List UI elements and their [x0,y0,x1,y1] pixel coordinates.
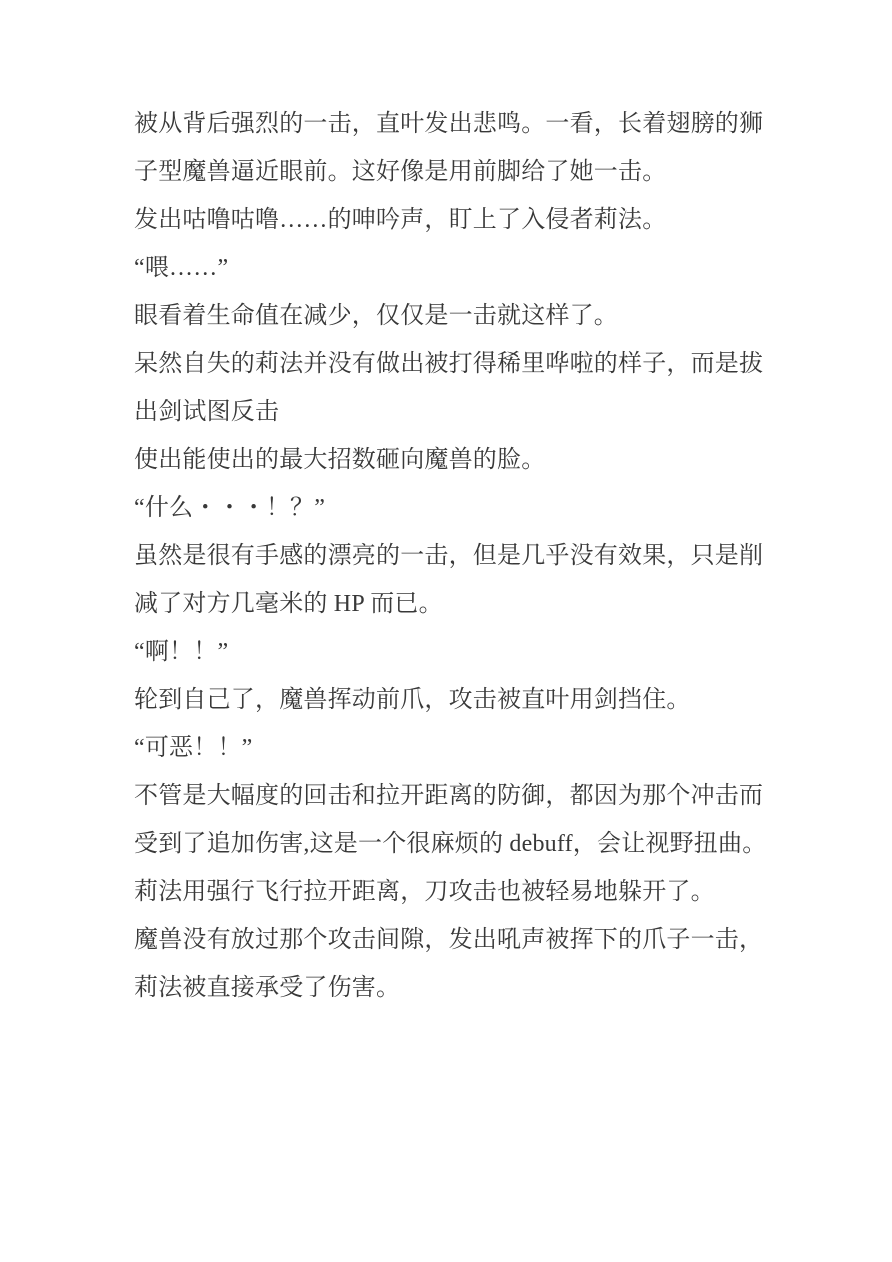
paragraph: 不管是大幅度的回击和拉开距离的防御，都因为那个冲击而受到了追加伤害,这是一个很麻… [134,772,770,868]
paragraph: 魔兽没有放过那个攻击间隙，发出吼声被挥下的爪子一击，莉法被直接承受了伤害。 [134,916,770,1012]
paragraph: 呆然自失的莉法并没有做出被打得稀里哗啦的样子，而是拔出剑试图反击 [134,340,770,436]
paragraph-dialogue: “喂……” [134,244,770,292]
paragraph: 被从背后强烈的一击，直叶发出悲鸣。一看，长着翅膀的狮子型魔兽逼近眼前。这好像是用… [134,100,770,196]
page: 被从背后强烈的一击，直叶发出悲鸣。一看，长着翅膀的狮子型魔兽逼近眼前。这好像是用… [0,0,892,1262]
paragraph-dialogue: “啊！！” [134,628,770,676]
paragraph: 莉法用强行飞行拉开距离，刀攻击也被轻易地躲开了。 [134,868,770,916]
paragraph: 虽然是很有手感的漂亮的一击，但是几乎没有效果，只是削减了对方几毫米的 HP 而已… [134,532,770,628]
paragraph-dialogue: “可恶！！” [134,724,770,772]
paragraph: 使出能使出的最大招数砸向魔兽的脸。 [134,436,770,484]
novel-text-body: 被从背后强烈的一击，直叶发出悲鸣。一看，长着翅膀的狮子型魔兽逼近眼前。这好像是用… [134,100,770,1012]
paragraph: 轮到自己了，魔兽挥动前爪，攻击被直叶用剑挡住。 [134,676,770,724]
paragraph: 眼看着生命值在减少，仅仅是一击就这样了。 [134,292,770,340]
paragraph-dialogue: “什么・・・！？” [134,484,770,532]
paragraph: 发出咕噜咕噜……的呻吟声，盯上了入侵者莉法。 [134,196,770,244]
